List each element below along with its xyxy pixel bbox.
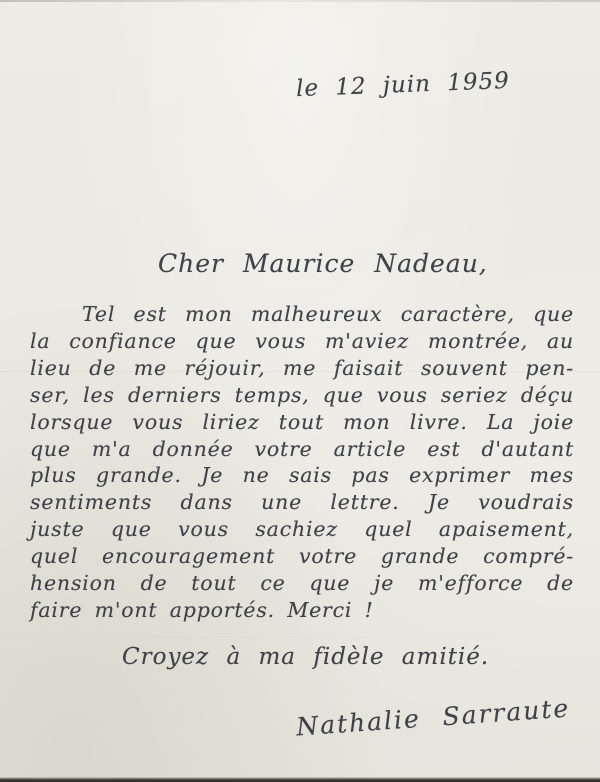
letter-signature: Nathalie Sarraute	[295, 693, 571, 741]
letter-body-line: plus grande. Je ne sais pas exprimer mes	[30, 462, 574, 489]
letter-body-line: faire m'ont apportés. Merci !	[30, 597, 574, 624]
letter-body: Tel est mon malheureux caractère, que la…	[30, 301, 574, 624]
letter-body-line: hension de tout ce que je m'efforce de	[30, 570, 574, 597]
letter-body-line: quel encouragement votre grande compré-	[30, 543, 574, 570]
letter-body-line: ser, les derniers temps, que vous seriez…	[30, 382, 574, 409]
letter-salutation: Cher Maurice Nadeau,	[158, 249, 488, 278]
letter-date: le 12 juin 1959	[296, 68, 511, 102]
letter-body-line: juste que vous sachiez quel apaisement,	[30, 516, 574, 543]
letter-body-line: que m'a donnée votre article est d'autan…	[30, 436, 574, 463]
paper-crease	[0, 636, 600, 638]
letter-body-line: la confiance que vous m'aviez montrée, a…	[30, 328, 574, 355]
letter-closing: Croyez à ma fidèle amitié.	[122, 644, 489, 670]
letter-body-line: Tel est mon malheureux caractère, que	[30, 301, 574, 328]
letter-body-line: sentiments dans une lettre. Je voudrais	[30, 489, 574, 516]
letter-scan: le 12 juin 1959 Cher Maurice Nadeau, Tel…	[0, 0, 600, 782]
letter-body-line: lorsque vous liriez tout mon livre. La j…	[30, 409, 574, 436]
letter-body-line: lieu de me réjouir, me faisait souvent p…	[30, 355, 574, 382]
